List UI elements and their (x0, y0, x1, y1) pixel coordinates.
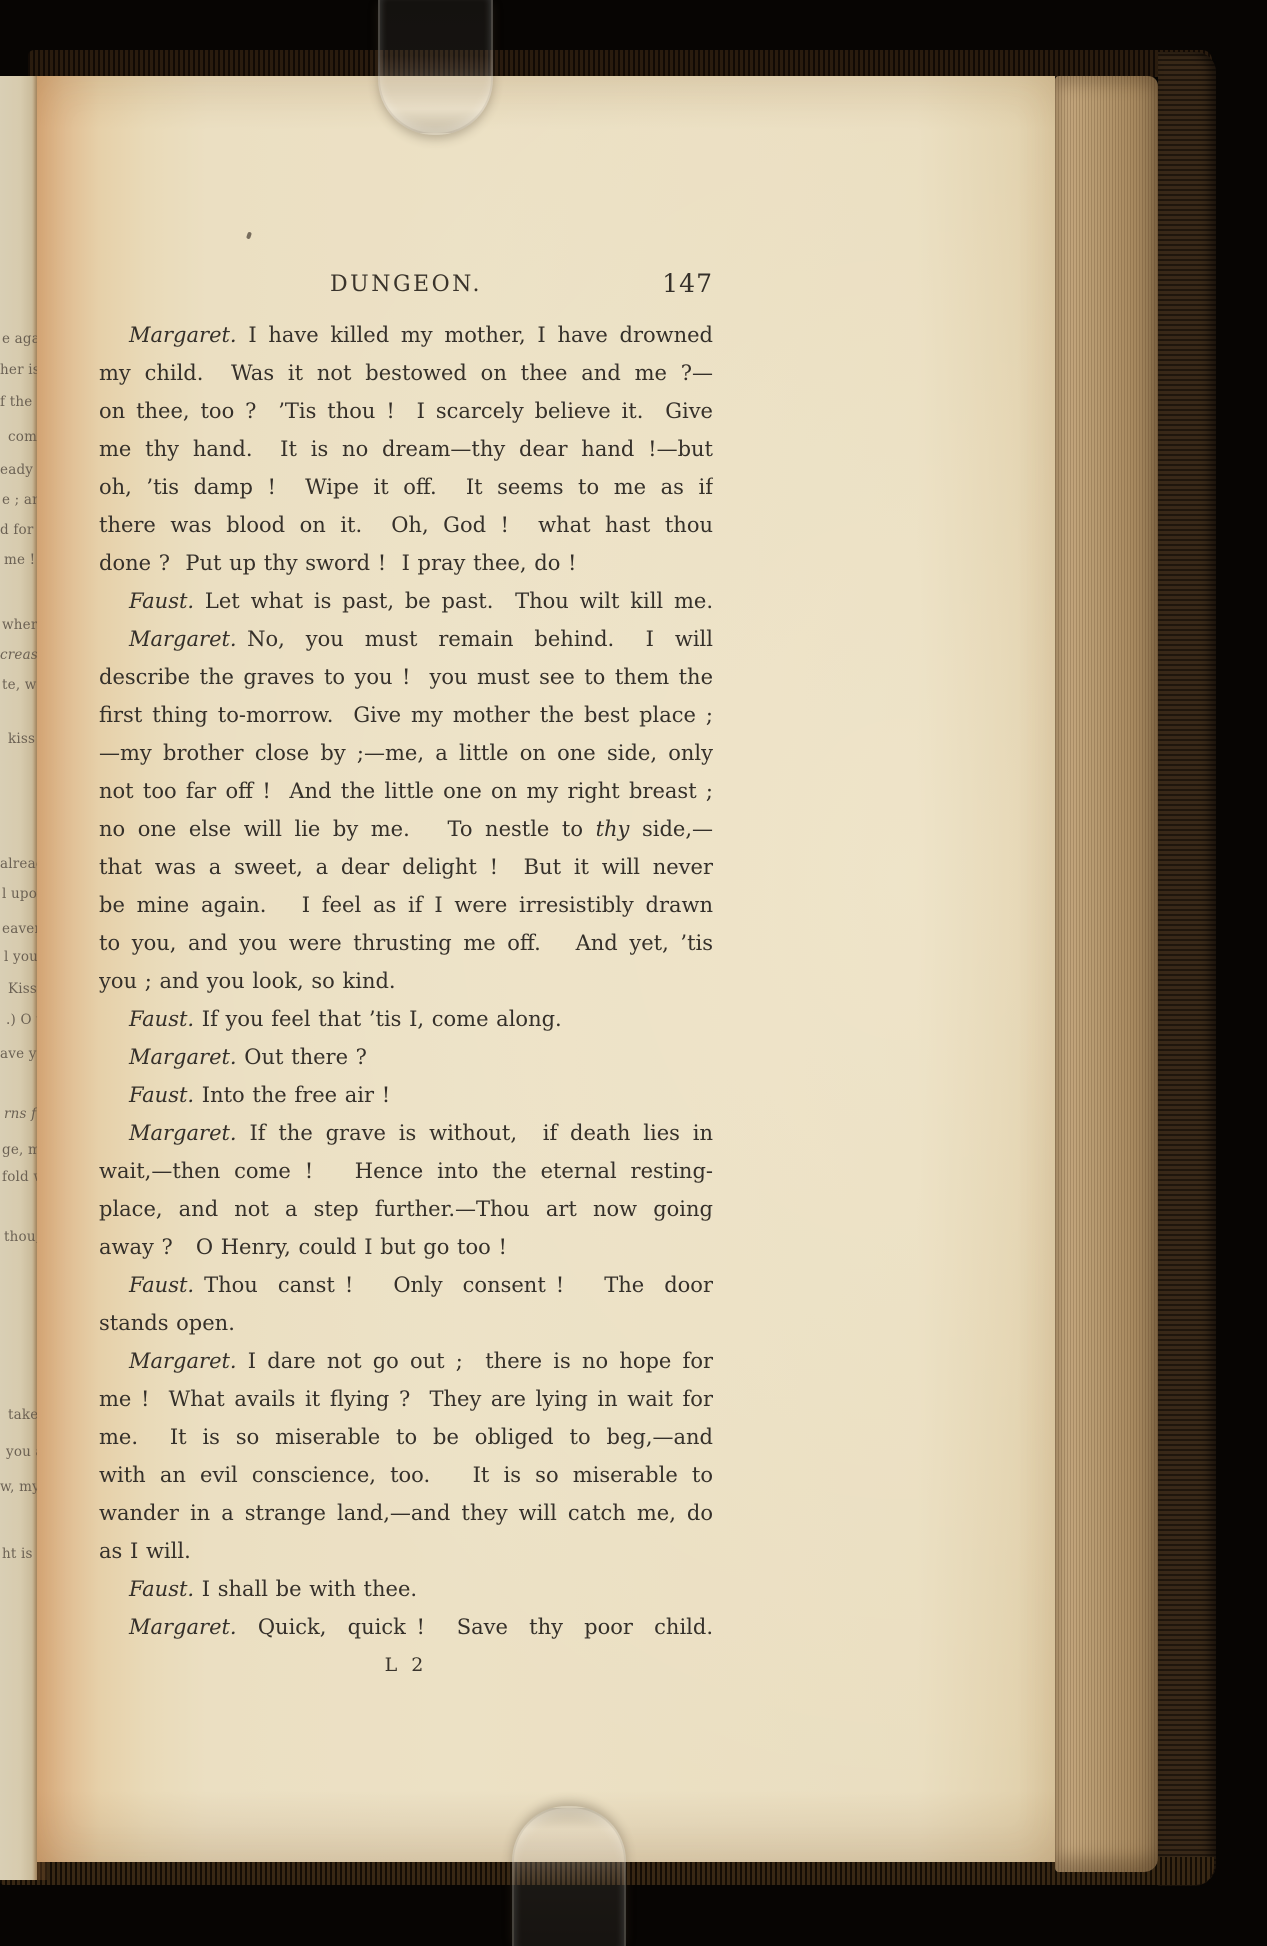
text-line: wait,—then come ! Hence into the eternal… (99, 1152, 713, 1190)
text-line: describe the graves to you ! you must se… (99, 658, 713, 696)
text-line: Margaret. Quick, quick ! Save thy poor c… (99, 1608, 713, 1646)
text-line: not too far off ! And the little one on … (99, 772, 713, 810)
running-head: DUNGEON. 147 (99, 272, 713, 306)
book-holder-bottom-clamp (512, 1806, 626, 1946)
text-line: —my brother close by ;—me, a little on o… (99, 734, 713, 772)
text-block: Margaret. I have killed my mother, I hav… (99, 316, 713, 1684)
text-line: with an evil conscience, too. It is so m… (99, 1456, 713, 1494)
page-number: 147 (662, 269, 713, 298)
text-line: me. It is so miserable to be obliged to … (99, 1418, 713, 1456)
facing-page-text-fragment: ht is alr (2, 1547, 37, 1561)
text-line: me ! What avails it flying ? They are ly… (99, 1380, 713, 1418)
text-line: Margaret. Out there ? (99, 1038, 713, 1076)
page-title: DUNGEON. (99, 272, 713, 297)
text-line: done ? Put up thy sword ! I pray thee, d… (99, 544, 713, 582)
facing-page-text-fragment: her is d (0, 363, 37, 377)
text-line: Faust. Into the free air ! (99, 1076, 713, 1114)
text-line: be mine again. I feel as if I were irres… (99, 886, 713, 924)
facing-page-text-fragment: ave you l (0, 1047, 37, 1061)
book-fore-edge-pages (1055, 76, 1158, 1872)
text-line: Margaret. I have killed my mother, I hav… (99, 316, 713, 354)
text-line: stands open. (99, 1304, 713, 1342)
facing-page-text-fragment: e ; and t (2, 493, 37, 507)
paper-speck (246, 232, 252, 240)
text-line: Faust. Let what is past, be past. Thou w… (99, 582, 713, 620)
facing-page-text-fragment: already i (0, 857, 37, 871)
facing-page-text-fragment: w, my lo (0, 1480, 37, 1494)
signature-mark: L 2 (99, 1646, 713, 1684)
text-line: wander in a strange land,—and they will … (99, 1494, 713, 1532)
text-line: Faust. If you feel that ’tis I, come alo… (99, 1000, 713, 1038)
text-line: to you, and you were thrusting me off. A… (99, 924, 713, 962)
text-line: away ? O Henry, could I but go too ! (99, 1228, 713, 1266)
text-line: as I will. (99, 1532, 713, 1570)
text-line: Margaret. I dare not go out ; there is n… (99, 1342, 713, 1380)
text-line: first thing to-morrow. Give my mother th… (99, 696, 713, 734)
book-cover-top-edge (28, 50, 1212, 77)
text-line: on thee, too ? ’Tis thou ! I scarcely be… (99, 392, 713, 430)
text-line: Faust. I shall be with thee. (99, 1570, 713, 1608)
facing-page-text-fragment: ge, my lo (2, 1143, 37, 1157)
text-line: that was a sweet, a dear delight ! But i… (99, 848, 713, 886)
text-line: you ; and you look, so kind. (99, 962, 713, 1000)
text-line: my child. Was it not bestowed on thee an… (99, 354, 713, 392)
text-line: me thy hand. It is no dream—thy dear han… (99, 430, 713, 468)
text-line: there was blood on it. Oh, God ! what ha… (99, 506, 713, 544)
facing-page-text-fragment: l upon y (2, 887, 37, 901)
text-line: Faust. Thou canst ! Only consent ! The d… (99, 1266, 713, 1304)
text-line: no one else will lie by me. To nestle to… (99, 810, 713, 848)
text-line: oh, ’tis damp ! Wipe it off. It seems to… (99, 468, 713, 506)
facing-page-text-fragment: e agai (2, 332, 37, 346)
facing-page-text-fragment: eaven ca (2, 922, 37, 936)
text-line: place, and not a step further.—Thou art … (99, 1190, 713, 1228)
book-page: DUNGEON. 147 Margaret. I have killed my … (37, 76, 1055, 1862)
book-scan-photo: e agaiher is df the dacom’steady is te ;… (0, 0, 1267, 1946)
facing-page-text-fragment: fold war (2, 1170, 37, 1184)
book-cover-right-board (1158, 52, 1216, 1886)
facing-page-text-fragment: f the da (0, 395, 37, 409)
book-holder-top-clamp (378, 0, 493, 135)
facing-page-edge-strip: e agaiher is df the dacom’steady is te ;… (0, 76, 37, 1880)
text-line: Margaret. If the grave is without, if de… (99, 1114, 713, 1152)
facing-page-text-fragment: creasing li (0, 648, 37, 662)
text-line: Margaret. No, you must remain behind. I … (99, 620, 713, 658)
facing-page-text-fragment: eady is t (0, 463, 37, 477)
facing-page-text-fragment: te, we sh (2, 678, 37, 692)
facing-page-text-fragment: where th (2, 618, 37, 632)
facing-page-text-fragment: d for the (0, 523, 37, 537)
